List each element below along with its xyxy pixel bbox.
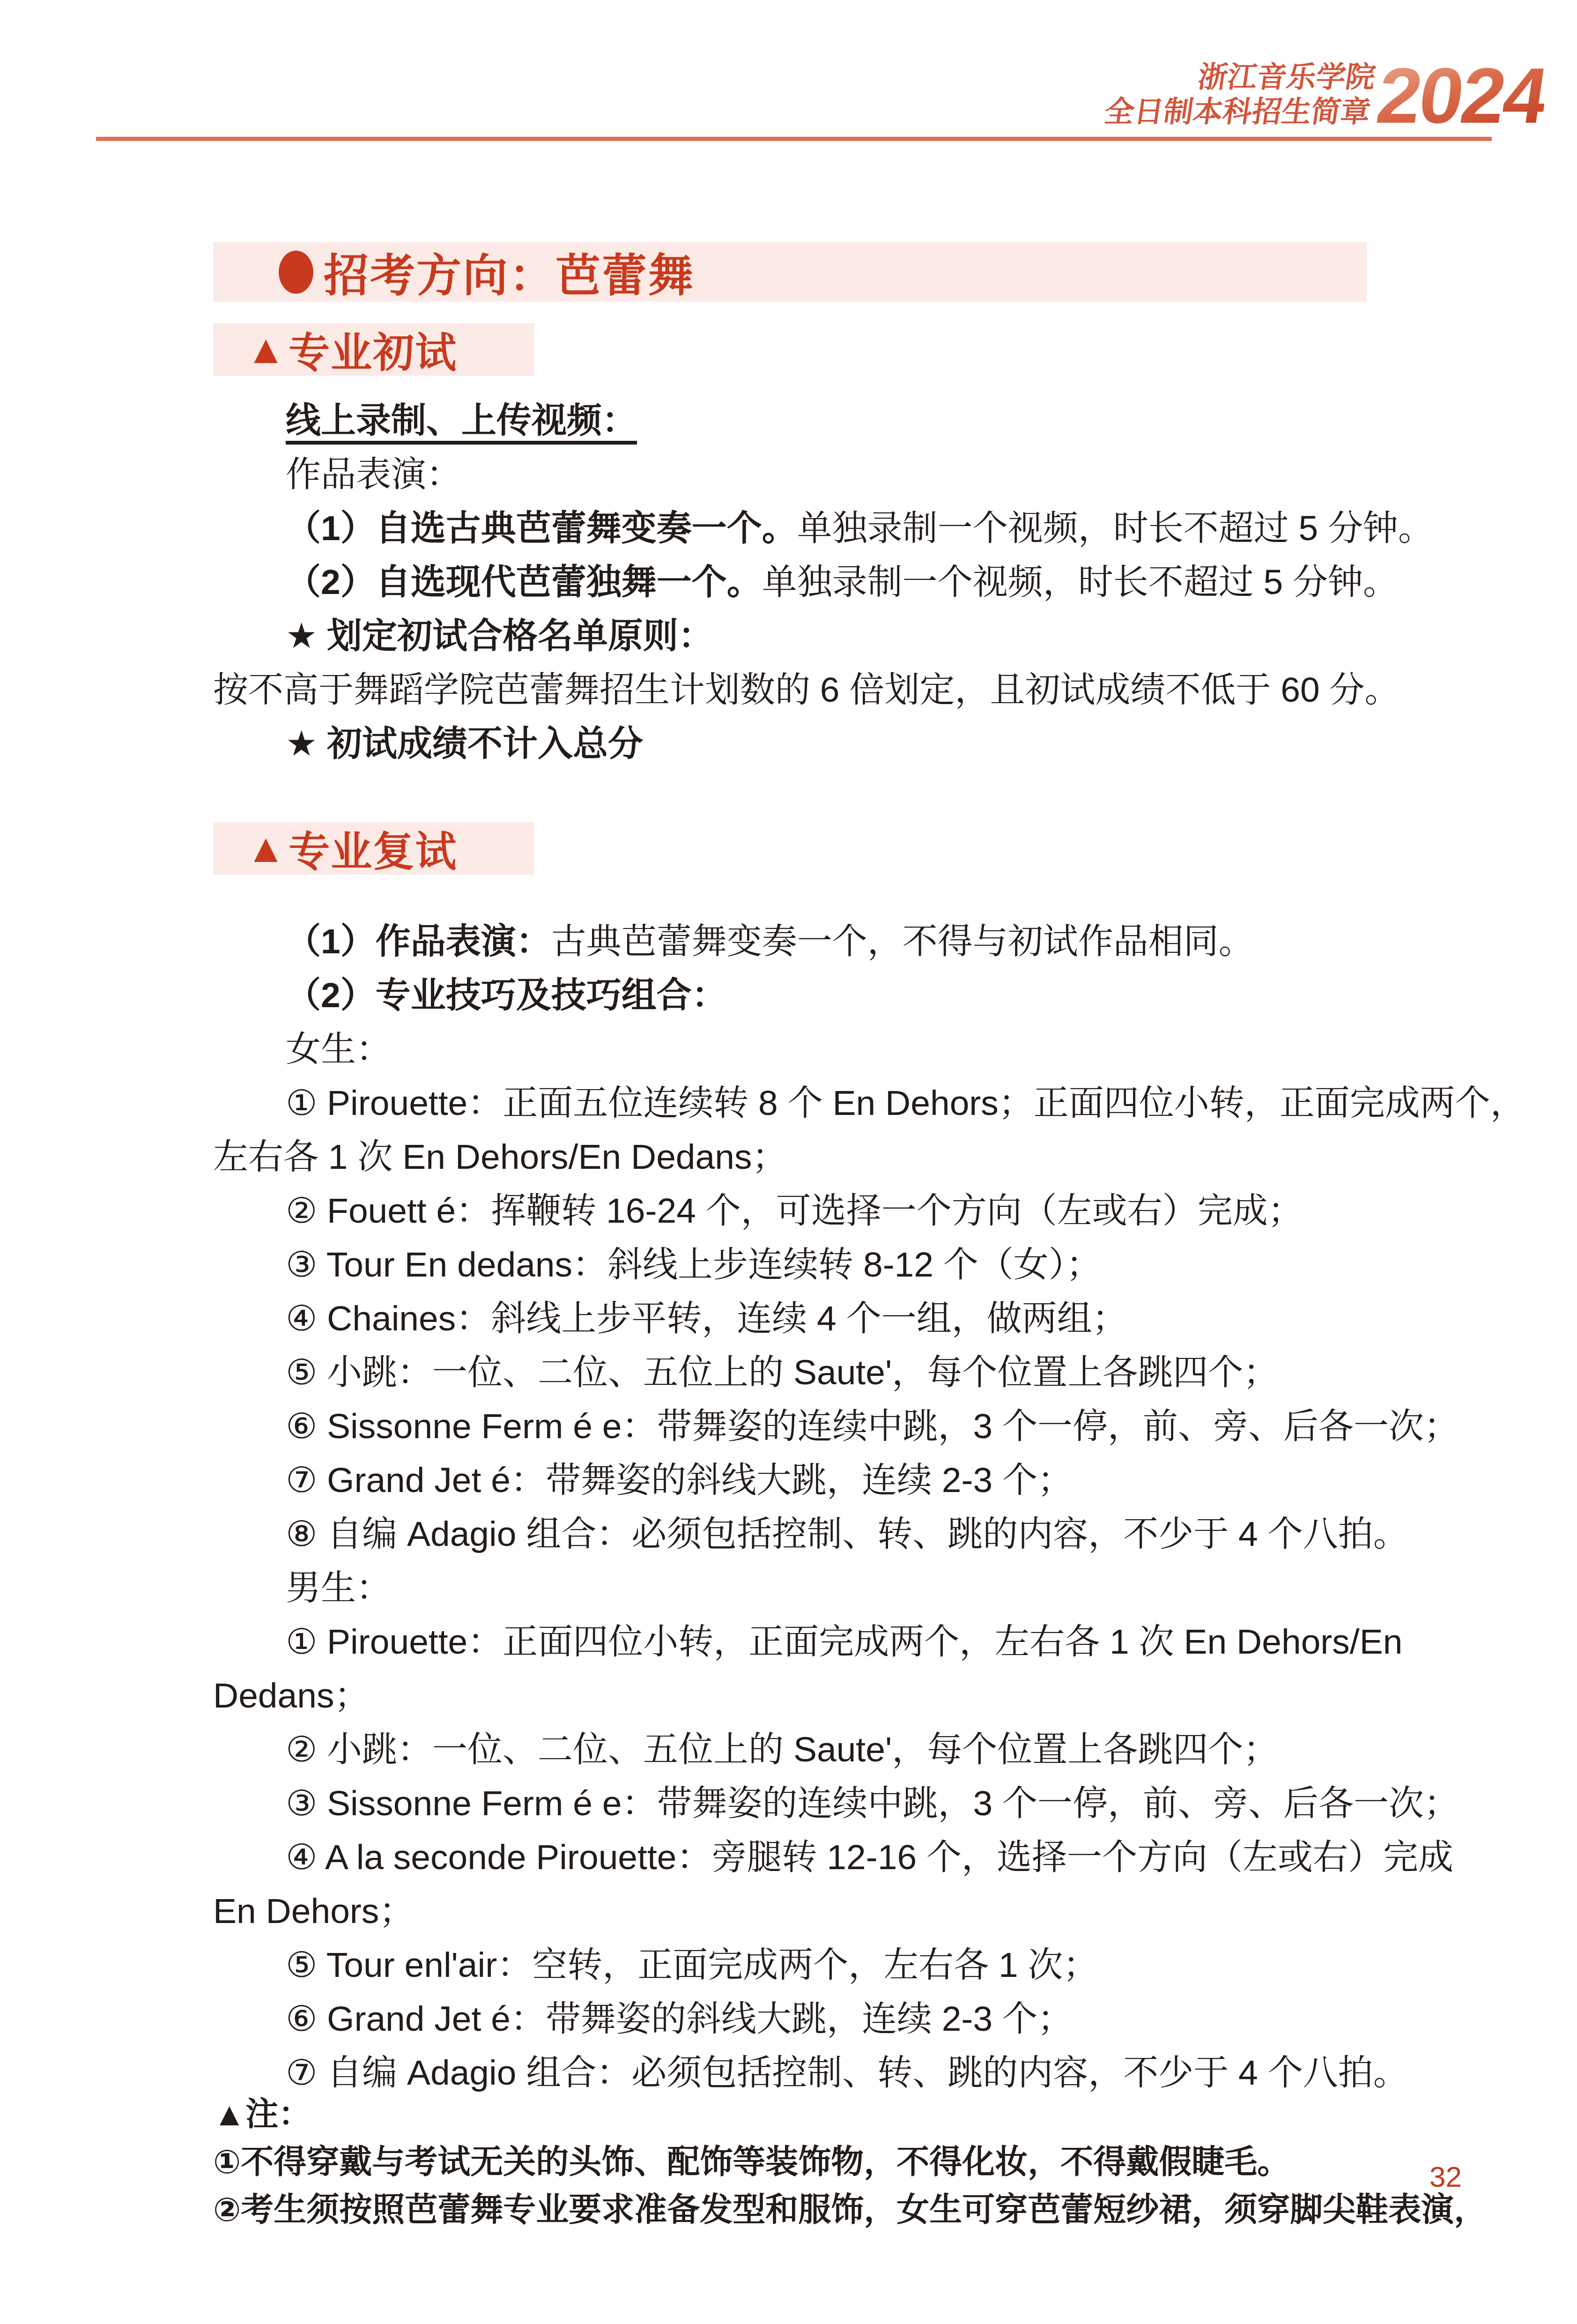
male-label: 男生： (213, 1561, 1368, 1615)
upload-heading: 线上录制、上传视频： (286, 401, 637, 445)
male-item-4-cont: En Dehors； (213, 1884, 1368, 1938)
male-item-4: ④ A la seconde Pirouette：旁腿转 12-16 个，选择一… (213, 1830, 1368, 1884)
female-label: 女生： (213, 1022, 1368, 1076)
female-item-7: ⑦ Grand Jet é：带舞姿的斜线大跳，连续 2-3 个； (213, 1453, 1368, 1507)
male-item-1-cont: Dedans； (213, 1669, 1368, 1723)
female-item-3: ③ Tour En dedans：斜线上步连续转 8-12 个（女）； (213, 1238, 1368, 1292)
first-round-item-2-rest: 单独录制一个视频，时长不超过 5 分钟。 (762, 562, 1398, 601)
male-item-3: ③ Sissonne Ferm é e：带舞姿的连续中跳，3 个一停，前、旁、后… (213, 1776, 1368, 1830)
triangle-icon: ▲ (246, 329, 286, 370)
page-number: 32 (1429, 2161, 1462, 2194)
second-round-item-1: （1）作品表演：古典芭蕾舞变奏一个，不得与初试作品相同。 (213, 914, 1368, 968)
female-item-4: ④ Chaines：斜线上步平转，连续 4 个一组，做两组； (213, 1292, 1368, 1345)
star-note: ★ 初试成绩不计入总分 (213, 717, 1368, 771)
second-round-item-1-rest: 古典芭蕾舞变奏一个，不得与初试作品相同。 (551, 921, 1254, 961)
female-item-1-cont: 左右各 1 次 En Dehors/En Dedans； (213, 1130, 1368, 1184)
section-box-second-round: ▲ 专业复试 (213, 822, 534, 875)
header-year: 2024 (1372, 56, 1551, 135)
note-1: ①不得穿戴与考试无关的头饰、配饰等装饰物，不得化妆，不得戴假睫毛。 (213, 2138, 1368, 2186)
first-round-item-2: （2）自选现代芭蕾独舞一个。单独录制一个视频，时长不超过 5 分钟。 (213, 555, 1368, 609)
direction-banner-title: 招考方向：芭蕾舞 (324, 240, 695, 304)
body-column: 线上录制、上传视频： 作品表演： （1）自选古典芭蕾舞变奏一个。单独录制一个视频… (213, 394, 1368, 2234)
upload-heading-line: 线上录制、上传视频： (213, 394, 1368, 447)
male-item-7: ⑦ 自编 Adagio 组合：必须包括控制、转、跳的内容，不少于 4 个八拍。 (213, 2046, 1368, 2100)
first-round-item-1: （1）自选古典芭蕾舞变奏一个。单独录制一个视频，时长不超过 5 分钟。 (213, 501, 1368, 555)
female-item-2: ② Fouett é：挥鞭转 16-24 个，可选择一个方向（左或右）完成； (213, 1184, 1368, 1238)
circle-bullet-icon (279, 251, 313, 294)
header-org-line2: 全日制本科招生简章 (1103, 95, 1373, 129)
triangle-icon: ▲ (246, 828, 286, 869)
direction-banner: 招考方向：芭蕾舞 (213, 242, 1367, 302)
rule-text: 按不高于舞蹈学院芭蕾舞招生计划数的 6 倍划定，且初试成绩不低于 60 分。 (213, 663, 1368, 717)
male-item-2: ② 小跳：一位、二位、五位上的 Saute'，每个位置上各跳四个； (213, 1723, 1368, 1776)
second-round-title: 专业复试 (289, 819, 457, 878)
note-2: ②考生须按照芭蕾舞专业要求准备发型和服饰，女生可穿芭蕾短纱裙，须穿脚尖鞋表演， (213, 2186, 1368, 2234)
female-item-1: ① Pirouette：正面五位连续转 8 个 En Dehors；正面四位小转… (213, 1076, 1368, 1130)
female-item-6: ⑥ Sissonne Ferm é e：带舞姿的连续中跳，3 个一停，前、旁、后… (213, 1399, 1368, 1453)
star-rule-heading: ★ 划定初试合格名单原则： (213, 609, 1368, 663)
male-item-1: ① Pirouette：正面四位小转，正面完成两个，左右各 1 次 En Deh… (213, 1615, 1368, 1669)
notes-block: ▲注： ①不得穿戴与考试无关的头饰、配饰等装饰物，不得化妆，不得戴假睫毛。 ②考… (213, 2090, 1368, 2234)
brochure-page: 浙江音乐学院 全日制本科招生简章 2024 招考方向：芭蕾舞 ▲ 专业初试 线上… (0, 0, 1577, 2324)
female-item-8: ⑧ 自编 Adagio 组合：必须包括控制、转、跳的内容，不少于 4 个八拍。 (213, 1507, 1368, 1561)
second-round-item-2: （2）专业技巧及技巧组合： (213, 968, 1368, 1022)
first-round-title: 专业初试 (289, 320, 457, 379)
section-box-first-round: ▲ 专业初试 (213, 323, 534, 376)
male-item-6: ⑥ Grand Jet é：带舞姿的斜线大跳，连续 2-3 个； (213, 1992, 1368, 2046)
first-round-item-1-rest: 单独录制一个视频，时长不超过 5 分钟。 (797, 508, 1433, 548)
female-item-5: ⑤ 小跳：一位、二位、五位上的 Saute'，每个位置上各跳四个； (213, 1345, 1368, 1399)
male-item-5: ⑤ Tour enl'air：空转，正面完成两个，左右各 1 次； (213, 1938, 1368, 1992)
performance-label: 作品表演： (213, 447, 1368, 501)
header-divider-line (96, 137, 1492, 141)
header-org-line1: 浙江音乐学院 (1107, 60, 1377, 95)
header-organization: 浙江音乐学院 全日制本科招生简章 (1103, 60, 1378, 129)
first-round-item-1-bold: （1）自选古典芭蕾舞变奏一个。 (286, 508, 797, 548)
first-round-item-2-bold: （2）自选现代芭蕾独舞一个。 (286, 562, 762, 601)
second-round-item-1-bold: （1）作品表演： (286, 921, 551, 961)
